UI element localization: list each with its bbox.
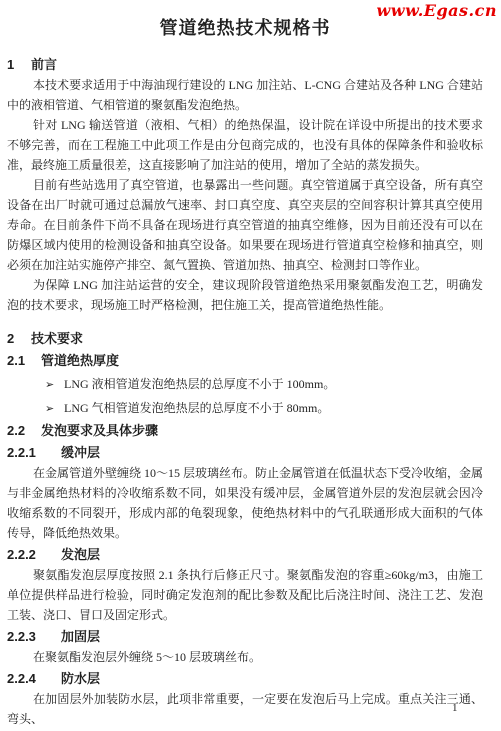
section-title: 加固层	[61, 629, 100, 644]
paragraph: 目前有些站选用了真空管道，也暴露出一些问题。真空管道属于真空设备，所有真空设备在…	[7, 175, 483, 275]
paragraph: 在加固层外加装防水层，此项非常重要，一定要在发泡后马上完成。重点关注三通、弯头、	[7, 689, 483, 729]
list-item: ➢LNG 液相管道发泡绝热层的总厚度不小于 100mm。	[45, 374, 483, 395]
arrowhead-bullet-icon: ➢	[45, 375, 64, 395]
section-title: 管道绝热厚度	[41, 353, 119, 368]
section-number: 2.2	[7, 421, 41, 441]
section-heading-2-2: 2.2发泡要求及具体步骤	[7, 421, 483, 441]
list-item: ➢LNG 气相管道发泡绝热层的总厚度不小于 80mm。	[45, 398, 483, 419]
section-title: 发泡要求及具体步骤	[41, 423, 158, 438]
section-heading-2-2-2: 2.2.2发泡层	[7, 545, 483, 565]
section-heading-1: 1前言	[7, 55, 483, 75]
paragraph: 聚氨酯发泡层厚度按照 2.1 条执行后修正尺寸。聚氨酯发泡的容重≥60kg/m3…	[7, 565, 483, 625]
paragraph: 为保障 LNG 加注站运营的安全，建议现阶段管道绝热采用聚氨酯发泡工艺，明确发泡…	[7, 275, 483, 315]
section-title: 发泡层	[61, 547, 100, 562]
watermark-logo: www.Egas.cn	[377, 1, 497, 20]
section-title: 技术要求	[31, 331, 83, 346]
list-item-text: LNG 液相管道发泡绝热层的总厚度不小于 100mm。	[64, 377, 335, 391]
page-number: 1	[452, 701, 458, 715]
section-number: 2.2.4	[7, 669, 61, 689]
section-title: 防水层	[61, 671, 100, 686]
paragraph: 在金属管道外壁缠绕 10～15 层玻璃丝布。防止金属管道在低温状态下受冷收缩，金…	[7, 463, 483, 543]
section-number: 2.1	[7, 351, 41, 371]
section-title: 前言	[31, 57, 57, 72]
paragraph: 在聚氨酯发泡层外缠绕 5～10 层玻璃丝布。	[7, 647, 483, 667]
section-heading-2-2-1: 2.2.1缓冲层	[7, 443, 483, 463]
section-heading-2-2-3: 2.2.3加固层	[7, 627, 483, 647]
section-heading-2: 2技术要求	[7, 329, 483, 349]
section-heading-2-2-4: 2.2.4防水层	[7, 669, 483, 689]
section-number: 2.2.3	[7, 627, 61, 647]
section-number: 1	[7, 55, 31, 75]
section-number: 2.2.2	[7, 545, 61, 565]
arrowhead-bullet-icon: ➢	[45, 399, 64, 419]
section-number: 2	[7, 329, 31, 349]
paragraph: 针对 LNG 输送管道（液相、气相）的绝热保温，设计院在详设中所提出的技术要求不…	[7, 115, 483, 175]
section-number: 2.2.1	[7, 443, 61, 463]
section-heading-2-1: 2.1管道绝热厚度	[7, 351, 483, 371]
paragraph: 本技术要求适用于中海油现行建设的 LNG 加注站、L-CNG 合建站及各种 LN…	[7, 75, 483, 115]
document-page: www.Egas.cn 管道绝热技术规格书 1前言 本技术要求适用于中海油现行建…	[0, 0, 501, 731]
section-title: 缓冲层	[61, 445, 100, 460]
list-item-text: LNG 气相管道发泡绝热层的总厚度不小于 80mm。	[64, 401, 329, 415]
